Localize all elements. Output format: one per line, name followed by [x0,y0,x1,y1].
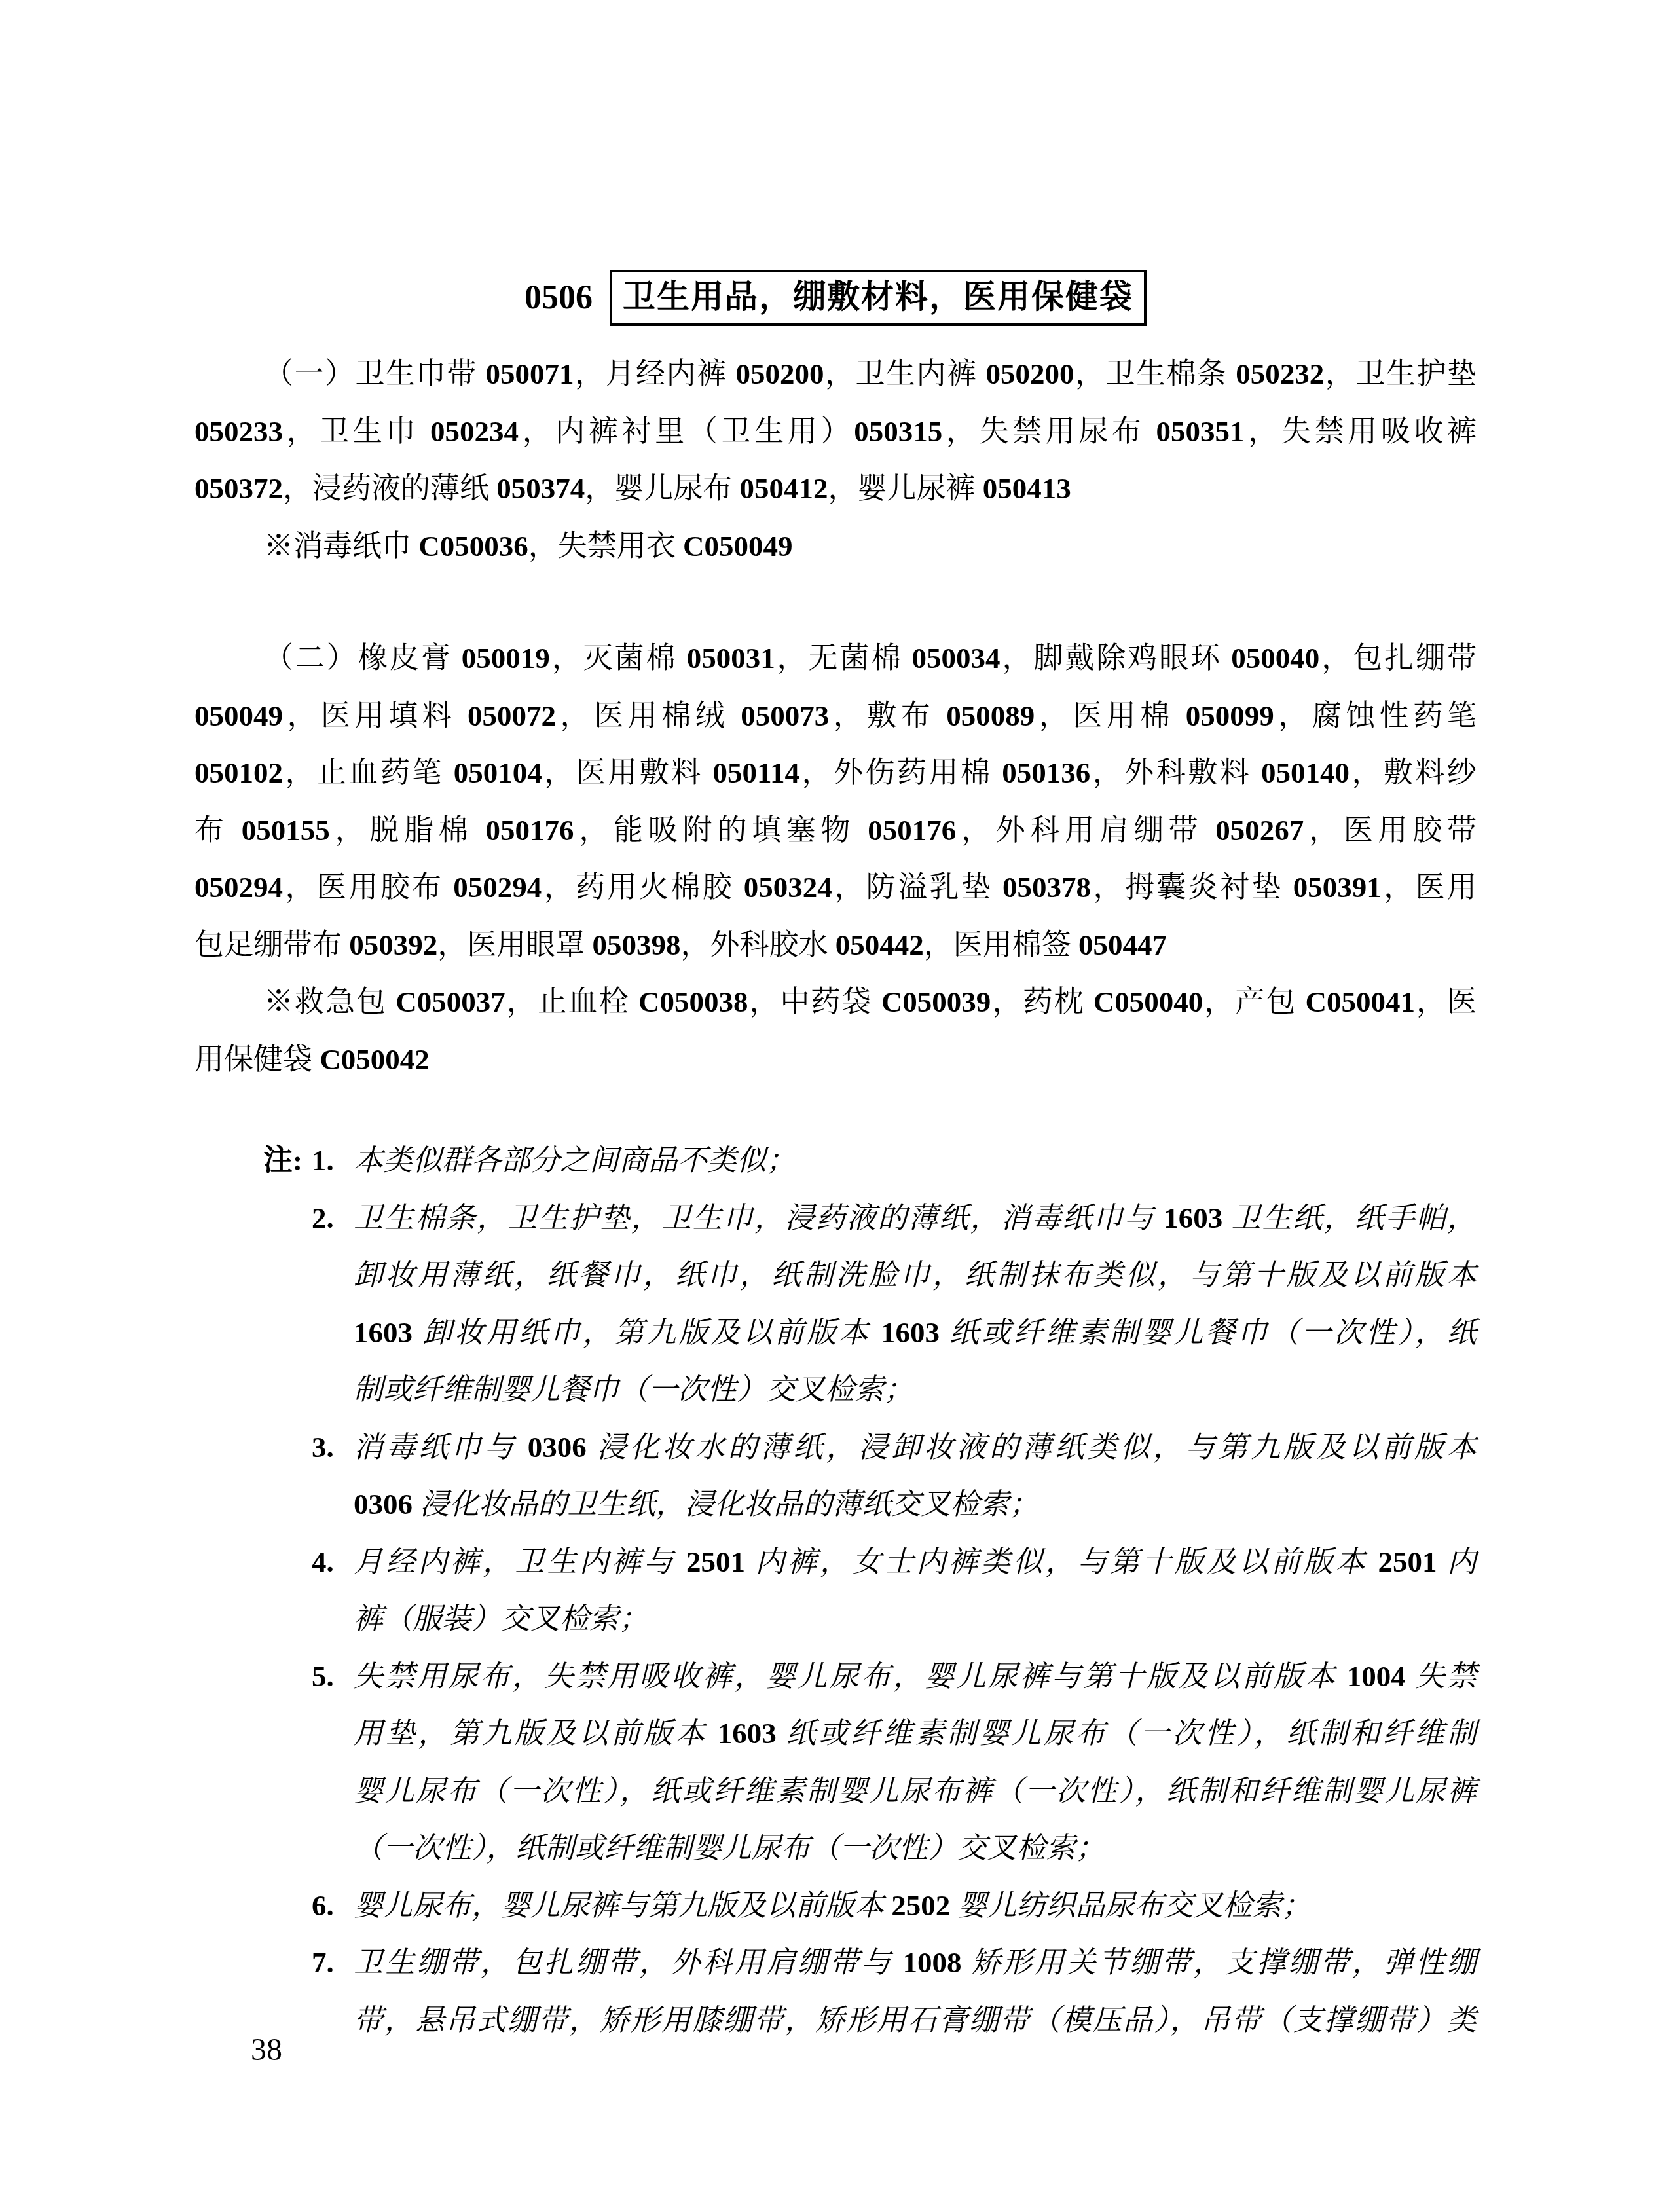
note-number: 6. [312,1877,334,1935]
note-item-7: 7.卫生绷带，包扎绷带，外科用肩绷带与 1008 矫形用关节绷带，支撑绷带，弹性… [354,1934,1477,2049]
sections: （一）卫生巾带 050071，月经内裤 050200，卫生内裤 050200，卫… [0,346,1671,1088]
text-line: 裤（服装）交叉检索； [354,1591,1477,1648]
text-line: 本类似群各部分之间商品不类似； [354,1132,1477,1190]
text-line: 月经内裤，卫生内裤与 2501 内裤，女士内裤类似，与第十版及以前版本 2501… [354,1534,1477,1591]
text-line: 失禁用尿布，失禁用吸收裤，婴儿尿布，婴儿尿裤与第十版及以前版本 1004 失禁 [354,1648,1477,1706]
text-line: 050102，止血药笔 050104，医用敷料 050114，外伤药用棉 050… [194,745,1477,802]
text-line: 婴儿尿布，婴儿尿裤与第九版及以前版本 2502 婴儿纺织品尿布交叉检索； [354,1877,1477,1935]
class-code: 0506 [524,278,593,318]
text-line: 1603 卸妆用纸巾，第九版及以前版本 1603 纸或纤维素制婴儿餐巾（一次性）… [354,1304,1477,1362]
text-line: ※消毒纸巾 C050036，失禁用衣 C050049 [194,518,1477,576]
note-item-1: 注:1.本类似群各部分之间商品不类似； [354,1132,1477,1190]
note-number: 7. [312,1934,334,1992]
text-line: 用垫，第九版及以前版本 1603 纸或纤维素制婴儿尿布（一次性），纸制和纤维制 [354,1705,1477,1763]
note-number: 5. [312,1648,334,1706]
document-page: 0506 卫生用品，绷敷材料，医用保健袋 （一）卫生巾带 050071，月经内裤… [0,0,1671,2212]
text-line: 卫生绷带，包扎绷带，外科用肩绷带与 1008 矫形用关节绷带，支撑绷带，弹性绷 [354,1934,1477,1992]
text-line: （一次性），纸制或纤维制婴儿尿布（一次性）交叉检索； [354,1820,1477,1877]
note-item-2: 2.卫生棉条，卫生护垫，卫生巾，浸药液的薄纸，消毒纸巾与 1603 卫生纸，纸手… [354,1190,1477,1419]
text-line: 用保健袋 C050042 [194,1031,1477,1089]
text-line: 0306 浸化妆品的卫生纸，浸化妆品的薄纸交叉检索； [354,1476,1477,1534]
paragraph-part-2: （二）橡皮膏 050019，灭菌棉 050031，无菌棉 050034，脚戴除鸡… [194,630,1477,1088]
paragraph-part-1: （一）卫生巾带 050071，月经内裤 050200，卫生内裤 050200，卫… [194,346,1477,575]
text-line: 带，悬吊式绷带，矫形用膝绷带，矫形用石膏绷带（模压品），吊带（支撑绷带）类 [354,1992,1477,2050]
text-line: 消毒纸巾与 0306 浸化妆水的薄纸，浸卸妆液的薄纸类似，与第九版及以前版本 [354,1419,1477,1477]
page-number: 38 [251,2032,282,2069]
note-number: 2. [312,1190,334,1247]
text-line: （一）卫生巾带 050071，月经内裤 050200，卫生内裤 050200，卫… [194,346,1477,403]
note-item-6: 6.婴儿尿布，婴儿尿裤与第九版及以前版本 2502 婴儿纺织品尿布交叉检索； [354,1877,1477,1935]
note-item-5: 5.失禁用尿布，失禁用吸收裤，婴儿尿布，婴儿尿裤与第十版及以前版本 1004 失… [354,1648,1477,1877]
text-line: 制或纤维制婴儿餐巾（一次性）交叉检索； [354,1361,1477,1419]
note-item-4: 4.月经内裤，卫生内裤与 2501 内裤，女士内裤类似，与第十版及以前版本 25… [354,1534,1477,1648]
text-line: （二）橡皮膏 050019，灭菌棉 050031，无菌棉 050034，脚戴除鸡… [194,630,1477,688]
note-number: 1. [312,1132,334,1190]
text-line: 卸妆用薄纸，纸餐巾，纸巾，纸制洗脸巾，纸制抹布类似，与第十版及以前版本 [354,1247,1477,1304]
text-line: 婴儿尿布（一次性），纸或纤维素制婴儿尿布裤（一次性），纸制和纤维制婴儿尿裤 [354,1763,1477,1820]
note-number: 4. [312,1534,334,1591]
text-line: 050294，医用胶布 050294，药用火棉胶 050324，防溢乳垫 050… [194,859,1477,917]
note-item-3: 3.消毒纸巾与 0306 浸化妆水的薄纸，浸卸妆液的薄纸类似，与第九版及以前版本… [354,1419,1477,1534]
notes-label: 注: [263,1132,303,1190]
text-line: ※救急包 C050037，止血栓 C050038，中药袋 C050039，药枕 … [194,974,1477,1031]
text-line: 卫生棉条，卫生护垫，卫生巾，浸药液的薄纸，消毒纸巾与 1603 卫生纸，纸手帕， [354,1190,1477,1247]
text-line: 布 050155，脱脂棉 050176，能吸附的填塞物 050176，外科用肩绷… [194,802,1477,860]
notes: 注:1.本类似群各部分之间商品不类似；2.卫生棉条，卫生护垫，卫生巾，浸药液的薄… [354,1132,1477,2049]
text-line: 050049，医用填料 050072，医用棉绒 050073，敷布 050089… [194,688,1477,745]
note-number: 3. [312,1419,334,1477]
title-row: 0506 卫生用品，绷敷材料，医用保健袋 [0,0,1671,326]
class-title-box: 卫生用品，绷敷材料，医用保健袋 [610,270,1147,326]
text-line: 050372，浸药液的薄纸 050374，婴儿尿布 050412，婴儿尿裤 05… [194,460,1477,518]
text-line: 050233，卫生巾 050234，内裤衬里（卫生用）050315，失禁用尿布 … [194,403,1477,461]
text-line: 包足绷带布 050392，医用眼罩 050398，外科胶水 050442，医用棉… [194,917,1477,974]
